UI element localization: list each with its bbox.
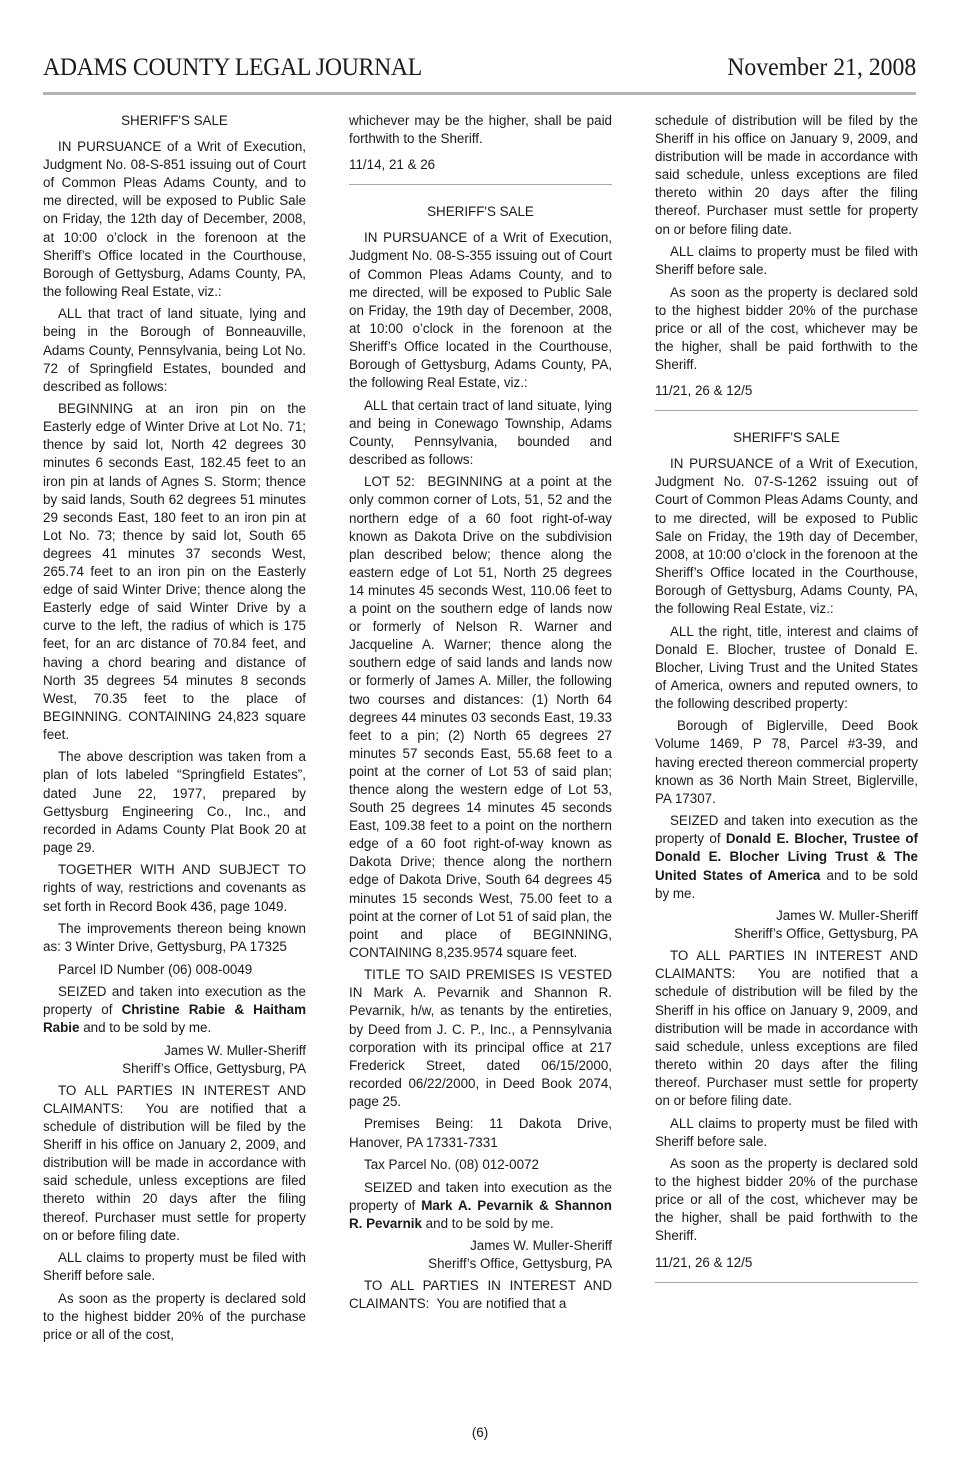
title-vested-paragraph: TITLE TO SAID PREMISES IS VEST­ED IN Mar…	[349, 966, 612, 1111]
to-all-parties-paragraph-part1: TO ALL PARTIES IN INTEREST AND CLAIMANTS…	[349, 1277, 612, 1313]
publication-dates: 11/21, 26 & 12/5	[655, 382, 918, 400]
tract-paragraph: ALL that certain tract of land situate, …	[349, 397, 612, 469]
claims-paragraph: ALL claims to property must be filed wit…	[655, 243, 918, 279]
seized-paragraph: SEIZED and taken into execution as the p…	[43, 983, 306, 1037]
notice-divider	[655, 410, 918, 411]
to-all-parties-paragraph: TO ALL PARTIES IN INTEREST AND CLAIMANTS…	[43, 1082, 306, 1245]
column-1: SHERIFF'S SALE IN PURSUANCE of a Writ of…	[43, 112, 306, 1344]
payment-paragraph-part2: whichever may be the higher, shall be pa…	[349, 112, 612, 148]
to-all-parties-paragraph-part2: schedule of distribution will be filed b…	[655, 112, 918, 239]
tract-paragraph: ALL that tract of land situate, lying an…	[43, 305, 306, 395]
plan-source-paragraph: The above description was taken from a p…	[43, 748, 306, 857]
notice-08-S-851: SHERIFF'S SALE IN PURSUANCE of a Writ of…	[43, 112, 306, 1344]
page-header: ADAMS COUNTY LEGAL JOURNAL November 21, …	[43, 52, 916, 95]
property-description-paragraph: Borough of Biglerville, Deed Book Volume…	[655, 717, 918, 807]
tax-parcel: Tax Parcel No. (08) 012-0072	[349, 1156, 612, 1174]
tract-paragraph: ALL the right, title, interest and claim…	[655, 623, 918, 713]
pursuance-paragraph: IN PURSUANCE of a Writ of Execu­tion, Ju…	[349, 229, 612, 392]
notice-heading: SHERIFF'S SALE	[43, 112, 306, 130]
page-number: (6)	[0, 1425, 960, 1440]
payment-paragraph: As soon as the property is declared sold…	[655, 1155, 918, 1245]
notice-07-S-1262: SHERIFF'S SALE IN PURSUANCE of a Writ of…	[655, 429, 918, 1282]
sheriff-name: James W. Muller-Sheriff	[655, 907, 918, 925]
notice-08-S-355: SHERIFF'S SALE IN PURSUANCE of a Writ of…	[349, 203, 612, 1313]
together-paragraph: TOGETHER WITH AND SUBJECT TO rights of w…	[43, 861, 306, 915]
seized-paragraph: SEIZED and taken into execution as the p…	[655, 812, 918, 902]
payment-paragraph-part1: As soon as the property is declared sold…	[43, 1290, 306, 1344]
premises-paragraph: Premises Being: 11 Dakota Drive, Hanover…	[349, 1115, 612, 1151]
lot-description-paragraph: LOT 52: BEGINNING at a point at the only…	[349, 473, 612, 962]
to-all-parties-paragraph: TO ALL PARTIES IN INTEREST AND CLAIMANTS…	[655, 947, 918, 1110]
improvements-paragraph: The improvements thereon being known as:…	[43, 920, 306, 956]
notice-divider	[655, 1282, 918, 1283]
sheriff-name: James W. Muller-Sheriff	[43, 1042, 306, 1060]
notice-divider	[349, 184, 612, 185]
metes-bounds-paragraph: BEGINNING at an iron pin on the Easterly…	[43, 400, 306, 744]
sheriff-office: Sheriff’s Office, Gettysburg, PA	[655, 925, 918, 943]
seized-paragraph: SEIZED and taken into execution as the p…	[349, 1179, 612, 1233]
claims-paragraph: ALL claims to property must be filed wit…	[655, 1115, 918, 1151]
sheriff-office: Sheriff’s Office, Gettysburg, PA	[349, 1255, 612, 1273]
parcel-id: Parcel ID Number (06) 008-0049	[43, 961, 306, 979]
column-3: schedule of distribution will be filed b…	[655, 112, 918, 1301]
sheriff-name: James W. Muller-Sheriff	[349, 1237, 612, 1255]
claims-paragraph: ALL claims to property must be filed wit…	[43, 1249, 306, 1285]
issue-date: November 21, 2008	[727, 52, 916, 82]
notice-heading: SHERIFF'S SALE	[655, 429, 918, 447]
publication-dates: 11/14, 21 & 26	[349, 156, 612, 174]
publication-dates: 11/21, 26 & 12/5	[655, 1254, 918, 1272]
pursuance-paragraph: IN PURSUANCE of a Writ of Execu­tion, Ju…	[43, 138, 306, 301]
column-2: whichever may be the higher, shall be pa…	[349, 112, 612, 1314]
pursuance-paragraph: IN PURSUANCE of a Writ of Execu­tion, Ju…	[655, 455, 918, 618]
payment-paragraph: As soon as the property is declared sold…	[655, 284, 918, 374]
notice-heading: SHERIFF'S SALE	[349, 203, 612, 221]
sheriff-office: Sheriff’s Office, Gettysburg, PA	[43, 1060, 306, 1078]
journal-title: ADAMS COUNTY LEGAL JOURNAL	[43, 52, 422, 82]
